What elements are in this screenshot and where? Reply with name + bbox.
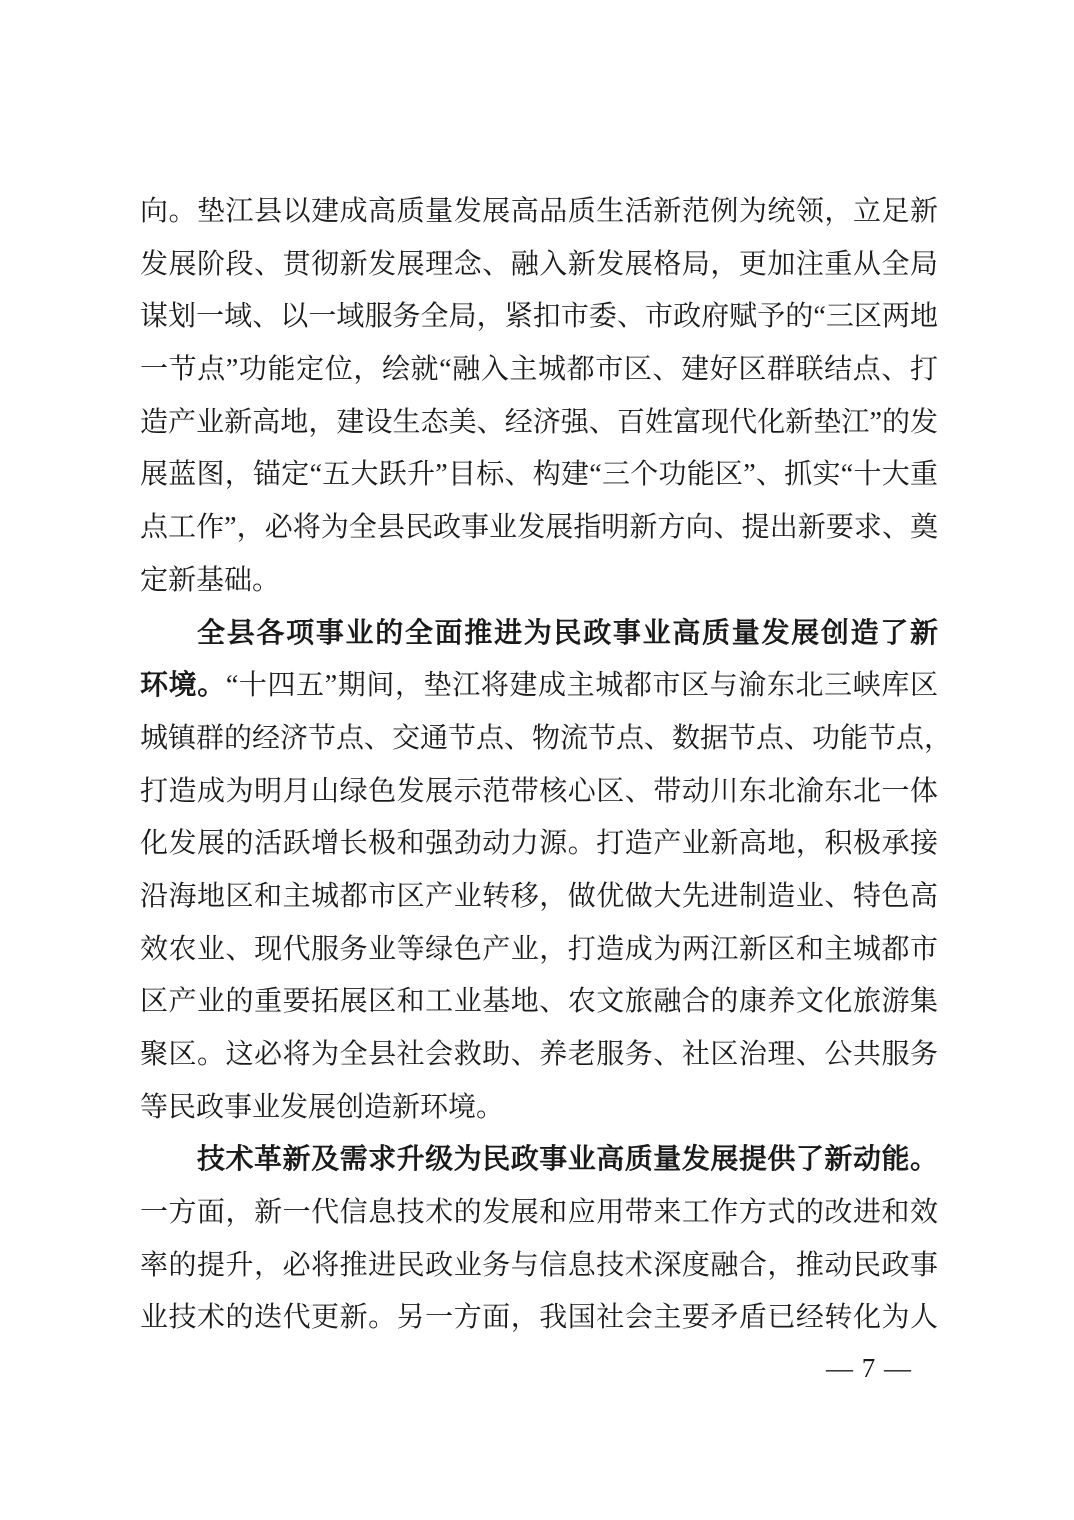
text-line: 率的提升，必将推进民政业务与信息技术深度融合，推动民政事 <box>140 1240 938 1293</box>
text-line: 环境。“十四五”期间，垫江将建成主城都市区与渝东北三峡库区 <box>140 660 938 713</box>
paragraph-2: 全县各项事业的全面推进为民政事业高质量发展创造了新环境。“十四五”期间，垫江将建… <box>140 608 938 1135</box>
page-number: — 7 — <box>826 1348 912 1388</box>
text-line: 效农业、现代服务业等绿色产业，打造成为两江新区和主城都市 <box>140 924 938 977</box>
text-line: 聚区。这必将为全县社会救助、养老服务、社区治理、公共服务 <box>140 1029 938 1082</box>
text-line: 展蓝图，锚定“五大跃升”目标、构建“三个功能区”、抓实“十大重 <box>140 449 938 502</box>
text-line: 定新基础。 <box>140 555 938 608</box>
text-segment: 城镇群的经济节点、交通节点、物流节点、数据节点、功能节点， <box>140 723 952 754</box>
text-segment: 一节点”功能定位，绘就“融入主城都市区、建好区群联结点、打 <box>140 354 938 385</box>
document-body: 向。垫江县以建成高质量发展高品质生活新范例为统领，立足新发展阶段、贯彻新发展理念… <box>140 186 938 1345</box>
text-segment: 打造成为明月山绿色发展示范带核心区、带动川东北渝东北一体 <box>140 776 938 807</box>
document-page: 向。垫江县以建成高质量发展高品质生活新范例为统领，立足新发展阶段、贯彻新发展理念… <box>0 0 1074 1520</box>
text-segment: 展蓝图，锚定“五大跃升”目标、构建“三个功能区”、抓实“十大重 <box>140 459 938 490</box>
text-segment: 一方面，新一代信息技术的发展和应用带来工作方式的改进和效 <box>140 1197 938 1228</box>
text-segment: 沿海地区和主城都市区产业转移，做优做大先进制造业、特色高 <box>140 881 938 912</box>
text-line: 一节点”功能定位，绘就“融入主城都市区、建好区群联结点、打 <box>140 344 938 397</box>
text-segment: 化发展的活跃增长极和强劲动力源。打造产业新高地，积极承接 <box>140 828 938 859</box>
text-segment: 点工作”，必将为全县民政事业发展指明新方向、提出新要求、奠 <box>140 512 938 543</box>
text-line: 发展阶段、贯彻新发展理念、融入新发展格局，更加注重从全局 <box>140 239 938 292</box>
text-segment: 效农业、现代服务业等绿色产业，打造成为两江新区和主城都市 <box>140 934 938 965</box>
bold-text-segment: 环境。 <box>140 670 226 701</box>
text-line: 点工作”，必将为全县民政事业发展指明新方向、提出新要求、奠 <box>140 502 938 555</box>
text-line: 沿海地区和主城都市区产业转移，做优做大先进制造业、特色高 <box>140 871 938 924</box>
text-segment: 等民政事业发展创造新环境。 <box>140 1092 504 1123</box>
text-line: 城镇群的经济节点、交通节点、物流节点、数据节点、功能节点， <box>140 713 938 766</box>
text-segment: 聚区。这必将为全县社会救助、养老服务、社区治理、公共服务 <box>140 1039 938 1070</box>
text-segment: “十四五”期间，垫江将建成主城都市区与渝东北三峡库区 <box>226 670 938 701</box>
text-segment: 向。垫江县以建成高质量发展高品质生活新范例为统领，立足新 <box>140 196 938 227</box>
text-line: 向。垫江县以建成高质量发展高品质生活新范例为统领，立足新 <box>140 186 938 239</box>
text-segment: 定新基础。 <box>140 565 280 596</box>
text-line: 全县各项事业的全面推进为民政事业高质量发展创造了新 <box>140 608 938 661</box>
text-line: 打造成为明月山绿色发展示范带核心区、带动川东北渝东北一体 <box>140 766 938 819</box>
text-line: 等民政事业发展创造新环境。 <box>140 1082 938 1135</box>
text-line: 谋划一域、以一域服务全局，紧扣市委、市政府赋予的“三区两地 <box>140 291 938 344</box>
text-segment: 率的提升，必将推进民政业务与信息技术深度融合，推动民政事 <box>140 1250 938 1281</box>
bold-text-segment: 全县各项事业的全面推进为民政事业高质量发展创造了新 <box>197 618 938 649</box>
bold-text-segment: 技术革新及需求升级为民政事业高质量发展提供了新动能。 <box>197 1144 938 1175</box>
text-segment: 业技术的迭代更新。另一方面，我国社会主要矛盾已经转化为人 <box>140 1302 938 1333</box>
text-segment: 发展阶段、贯彻新发展理念、融入新发展格局，更加注重从全局 <box>140 249 938 280</box>
text-line: 技术革新及需求升级为民政事业高质量发展提供了新动能。 <box>140 1134 938 1187</box>
text-line: 一方面，新一代信息技术的发展和应用带来工作方式的改进和效 <box>140 1187 938 1240</box>
text-segment: 区产业的重要拓展区和工业基地、农文旅融合的康养文化旅游集 <box>140 986 938 1017</box>
text-line: 造产业新高地，建设生态美、经济强、百姓富现代化新垫江”的发 <box>140 397 938 450</box>
text-segment: 谋划一域、以一域服务全局，紧扣市委、市政府赋予的“三区两地 <box>140 301 938 332</box>
text-line: 业技术的迭代更新。另一方面，我国社会主要矛盾已经转化为人 <box>140 1292 938 1345</box>
paragraph-3: 技术革新及需求升级为民政事业高质量发展提供了新动能。一方面，新一代信息技术的发展… <box>140 1134 938 1345</box>
paragraph-1-continuation: 向。垫江县以建成高质量发展高品质生活新范例为统领，立足新发展阶段、贯彻新发展理念… <box>140 186 938 608</box>
text-segment: 造产业新高地，建设生态美、经济强、百姓富现代化新垫江”的发 <box>140 407 938 438</box>
text-line: 化发展的活跃增长极和强劲动力源。打造产业新高地，积极承接 <box>140 818 938 871</box>
text-line: 区产业的重要拓展区和工业基地、农文旅融合的康养文化旅游集 <box>140 976 938 1029</box>
